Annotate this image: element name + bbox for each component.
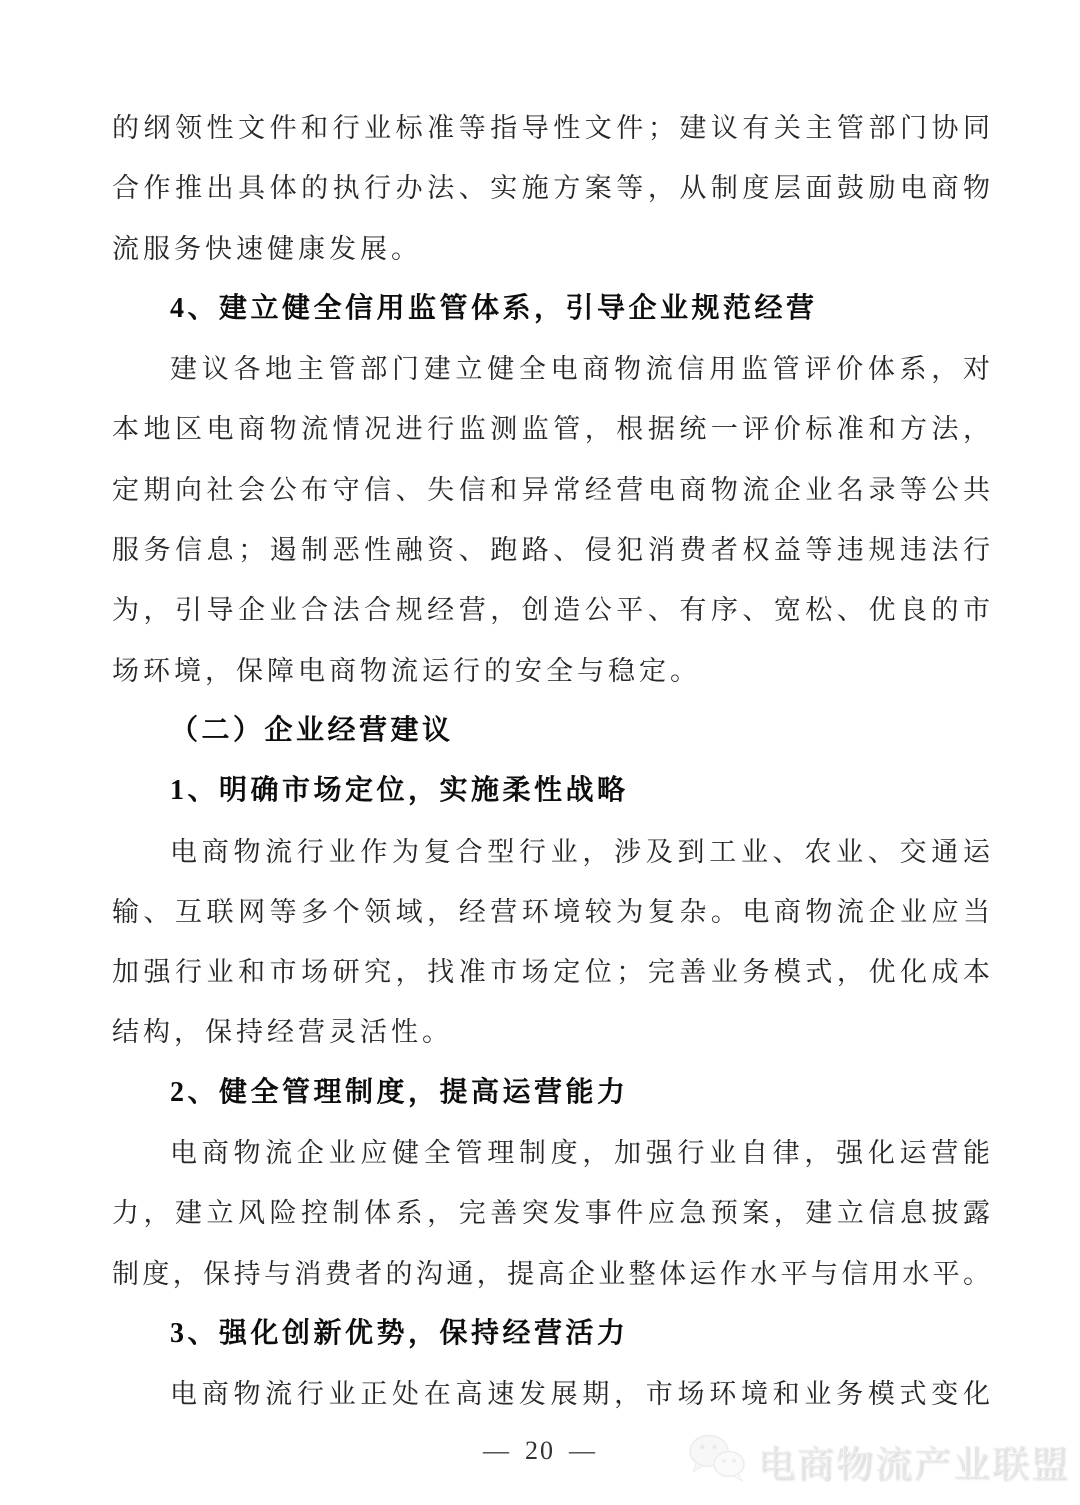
- text-line: 加强行业和市场研究，找准市场定位；完善业务模式，优化成本: [112, 942, 992, 1002]
- footer-left-dash: —: [483, 1436, 511, 1466]
- text-line: 为，引导企业合法合规经营，创造公平、有序、宽松、优良的市: [112, 580, 992, 640]
- heading-line: 1、明确市场定位，实施柔性战略: [112, 761, 992, 821]
- heading-line: 4、建立健全信用监管体系，引导企业规范经营: [112, 279, 992, 339]
- text-line: 定期向社会公布守信、失信和异常经营电商物流企业名录等公共: [112, 460, 992, 520]
- heading-line: 2、健全管理制度，提高运营能力: [112, 1063, 992, 1123]
- text-line: 电商物流企业应健全管理制度，加强行业自律，强化运营能: [112, 1123, 992, 1183]
- text-line: 结构，保持经营灵活性。: [112, 1002, 992, 1062]
- text-line: 制度，保持与消费者的沟通，提高企业整体运作水平与信用水平。: [112, 1244, 992, 1304]
- heading-line: 3、强化创新优势，保持经营活力: [112, 1304, 992, 1364]
- text-line: 本地区电商物流情况进行监测监管，根据统一评价标准和方法，: [112, 399, 992, 459]
- text-line: 的纲领性文件和行业标准等指导性文件；建议有关主管部门协同: [112, 98, 992, 158]
- text-line: 场环境，保障电商物流运行的安全与稳定。: [112, 641, 992, 701]
- text-line: 电商物流行业作为复合型行业，涉及到工业、农业、交通运: [112, 822, 992, 882]
- text-line: 电商物流行业正处在高速发展期，市场环境和业务模式变化: [112, 1364, 992, 1424]
- heading-line: （二）企业经营建议: [112, 701, 992, 761]
- footer-right-dash: —: [569, 1436, 597, 1466]
- text-line: 力，建立风险控制体系，完善突发事件应急预案，建立信息披露: [112, 1183, 992, 1243]
- watermark-label: 电商物流产业联盟: [758, 1434, 1070, 1488]
- watermark: 电商物流产业联盟: [686, 1432, 1070, 1489]
- text-line: 输、互联网等多个领域，经营环境较为复杂。电商物流企业应当: [112, 882, 992, 942]
- document-body: 的纲领性文件和行业标准等指导性文件；建议有关主管部门协同合作推出具体的执行办法、…: [112, 98, 992, 1425]
- text-line: 合作推出具体的执行办法、实施方案等，从制度层面鼓励电商物: [112, 158, 992, 218]
- wechat-icon: [686, 1432, 748, 1489]
- text-line: 服务信息；遏制恶性融资、跑路、侵犯消费者权益等违规违法行: [112, 520, 992, 580]
- text-line: 建议各地主管部门建立健全电商物流信用监管评价体系，对: [112, 339, 992, 399]
- text-line: 流服务快速健康发展。: [112, 219, 992, 279]
- page-number: 20: [525, 1436, 555, 1465]
- document-page: 的纲领性文件和行业标准等指导性文件；建议有关主管部门协同合作推出具体的执行办法、…: [0, 0, 1080, 1505]
